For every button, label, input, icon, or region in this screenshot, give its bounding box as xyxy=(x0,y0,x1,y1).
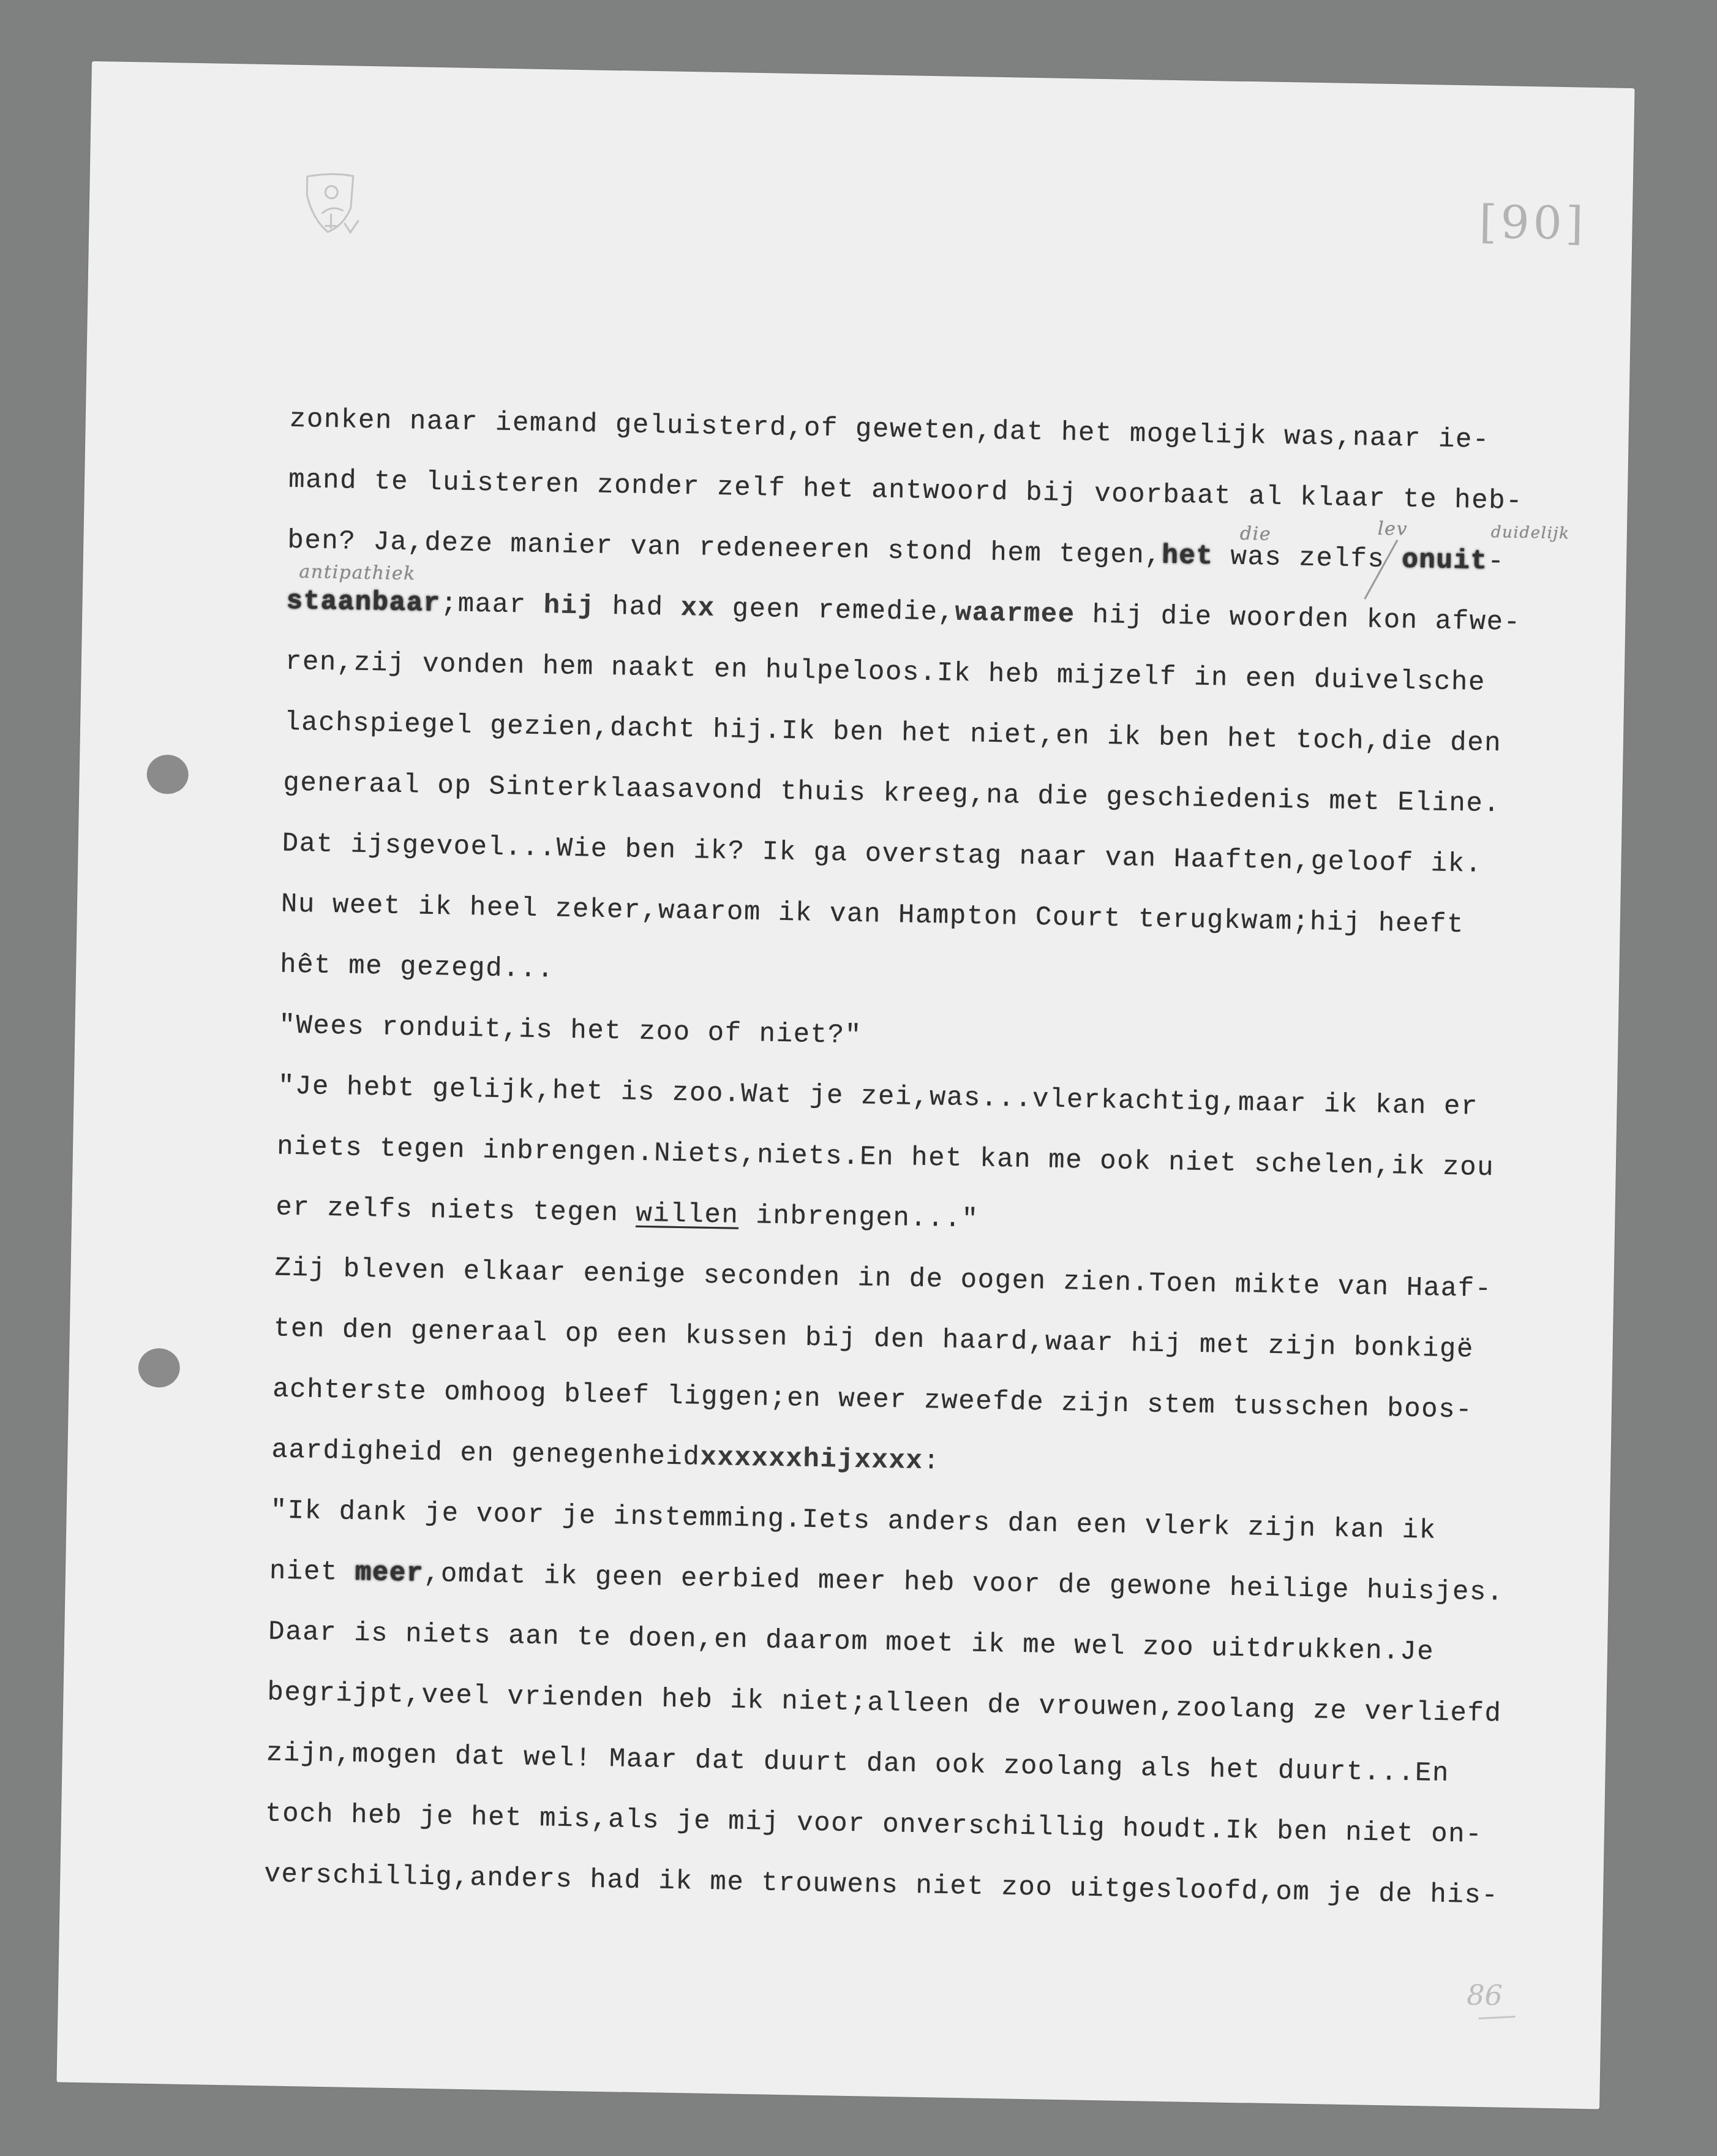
line-text: ;maar xyxy=(440,589,544,621)
line-text: "Je hebt gelijk,het is zoo.Wat je zei,wa… xyxy=(277,1071,1478,1123)
line-text: zijn,mogen dat wel! Maar dat duurt dan o… xyxy=(266,1738,1449,1789)
punch-hole-top xyxy=(146,755,189,794)
line-text: ben? Ja,deze manier van redeneeren stond… xyxy=(287,526,1162,571)
line-text: Daar is niets aan te doen,en daarom moet… xyxy=(268,1616,1435,1667)
punch-hole-bottom xyxy=(138,1348,180,1388)
struck-word: meer xyxy=(355,1558,424,1589)
document-page: [90] zonken naar iemand geluisterd,of ge… xyxy=(56,61,1634,2109)
line-text: - xyxy=(1487,546,1505,577)
overtyped-word: hij xyxy=(543,590,595,622)
line-text: er zelfs niets tegen xyxy=(276,1193,636,1229)
line-text: Nu weet ik heel zeker,waarom ik van Hamp… xyxy=(281,889,1465,941)
line-text: geen remedie, xyxy=(715,594,955,628)
line-text: ,omdat ik geen eerbied meer heb voor de … xyxy=(424,1559,1505,1608)
handwritten-duidelijk: duidelijk xyxy=(1491,524,1570,541)
struck-word: het xyxy=(1162,541,1214,572)
line-text: aardigheid en genegenheid xyxy=(271,1434,701,1472)
line-text: "Ik dank je voor je instemming.Iets ande… xyxy=(270,1495,1437,1546)
line-text: ten den generaal op een kussen bij den h… xyxy=(273,1314,1474,1365)
line-text: had xyxy=(595,591,681,623)
line-text: : xyxy=(923,1446,941,1477)
struck-word: xxxxxxhijxxxx xyxy=(700,1442,923,1477)
line-text: Dat ijsgevoel...Wie ben ik? Ik ga overst… xyxy=(282,829,1482,880)
line-text: Zij bleven elkaar eenige seconden in de … xyxy=(274,1253,1492,1305)
typed-text: zonken naar iemand geluisterd,of geweten… xyxy=(264,390,1601,1928)
line-text: toch heb je het mis,als je mij voor onve… xyxy=(265,1798,1483,1850)
line-text: begrijpt,veel vrienden heb ik niet;allee… xyxy=(267,1677,1502,1729)
line-text: niet xyxy=(269,1556,356,1588)
line-text: ren,zij vonden hem naakt en hulpeloos.Ik… xyxy=(285,647,1486,698)
struck-word: onuit xyxy=(1402,545,1488,576)
underlined-word: willen xyxy=(636,1199,739,1231)
line-text: was zelfs xyxy=(1213,541,1402,575)
overtyped-word: waarmee xyxy=(955,598,1075,630)
line-text: mand te luisteren zonder zelf het antwoo… xyxy=(288,465,1524,517)
line-text: lachspiegel gezien,dacht hij.Ik ben het … xyxy=(284,707,1502,759)
handwritten-lev: lev xyxy=(1378,520,1408,539)
handwritten-antipathiek: antipathiek xyxy=(299,563,416,583)
handwritten-die: die xyxy=(1240,525,1272,544)
stamp-icon xyxy=(300,170,363,239)
line-text: hêt me gezegd... xyxy=(280,950,555,986)
struck-word: staanbaar xyxy=(286,586,441,619)
line-text: hij die woorden kon afwe- xyxy=(1075,600,1521,638)
line-text: generaal op Sinterklaasavond thuis kreeg… xyxy=(283,768,1501,820)
line-text: achterste omhoog bleef liggen;en weer zw… xyxy=(272,1374,1473,1425)
line-text: verschillig,anders had ik me trouwens ni… xyxy=(264,1859,1499,1911)
line-text: niets tegen inbrengen.Niets,niets.En het… xyxy=(277,1132,1495,1184)
struck-word: xx xyxy=(680,593,715,624)
line-text: inbrengen..." xyxy=(738,1200,979,1235)
line-text: "Wees ronduit,is het zoo of niet?" xyxy=(279,1011,862,1052)
line-text: zonken naar iemand geluisterd,of geweten… xyxy=(289,404,1490,456)
page-number-mark: [90] xyxy=(1479,196,1587,251)
bottom-annotation: 86 xyxy=(1467,1978,1503,2012)
